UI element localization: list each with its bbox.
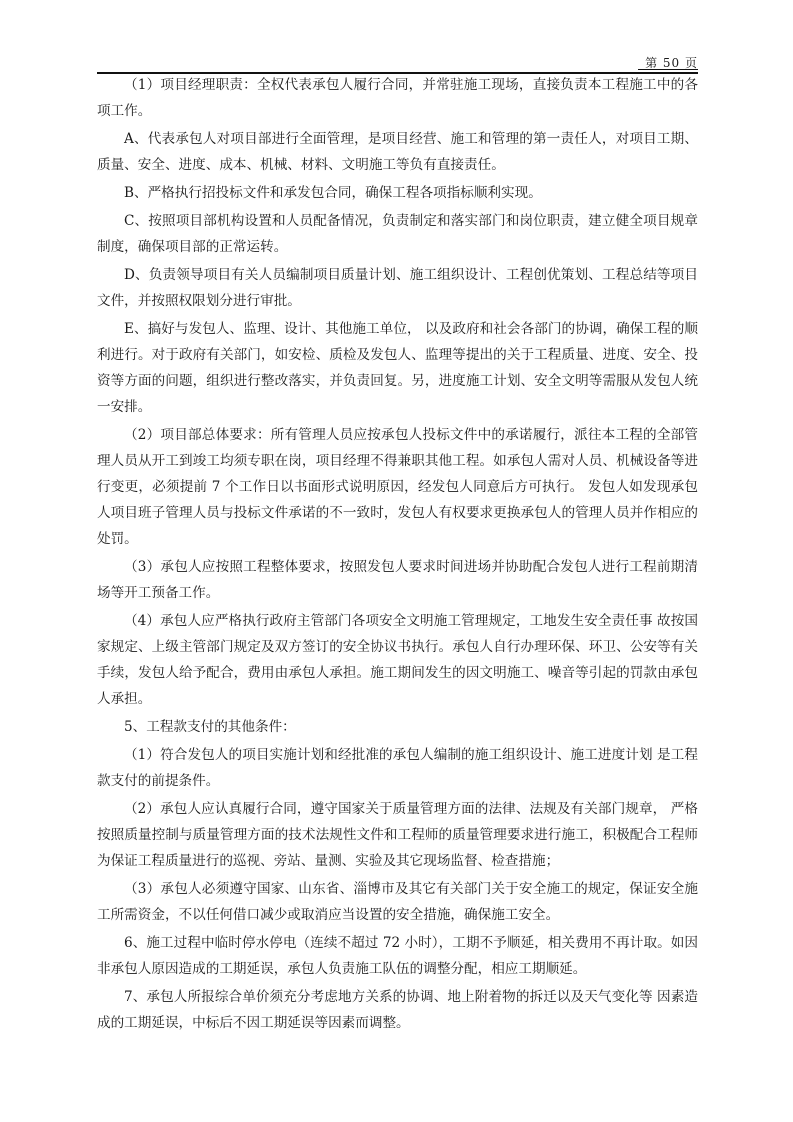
paragraph-payment-conditions-heading: 5、工程款支付的其他条件： [97,714,698,740]
paragraph-item-a: A、代表承包人对项目部进行全面管理，是项目经营、施工和管理的第一责任人，对项目工… [97,126,698,178]
paragraph-item-e: E、搞好与发包人、监理、设计、其他施工单位， 以及政府和社会各部门的协调，确保工… [97,316,698,420]
paragraph-item-d: D、负责领导项目有关人员编制项目质量计划、施工组织设计、工程创优策划、工程总结等… [97,262,698,314]
paragraph-project-requirements: （2）项目部总体要求：所有管理人员应按承包人投标文件中的承诺履行，派往本工程的全… [97,422,698,552]
paragraph-item-7: 7、承包人所报综合单价须充分考虑地方关系的协调、地上附着物的拆迁以及天气变化等 … [97,984,698,1036]
paragraph-payment-condition-3: （3）承包人必须遵守国家、山东省、淄博市及其它有关部门关于安全施工的规定，保证安… [97,876,698,928]
paragraph-pm-duties: （1）项目经理职责：全权代表承包人履行合同，并常驻施工现场，直接负责本工程施工中… [97,72,698,124]
paragraph-item-c: C、按照项目部机构设置和人员配备情况，负责制定和落实部门和岗位职责，建立健全项目… [97,208,698,260]
page-number-underline [638,69,698,70]
paragraph-payment-condition-1: （1）符合发包人的项目实施计划和经批准的承包人编制的施工组织设计、施工进度计划 … [97,742,698,794]
document-body: （1）项目经理职责：全权代表承包人履行合同，并常驻施工现场，直接负责本工程施工中… [97,72,698,1036]
paragraph-site-entry: （3）承包人应按照工程整体要求，按照发包人要求时间进场并协助配合发包人进行工程前… [97,554,698,606]
paragraph-item-6: 6、施工过程中临时停水停电（连续不超过 72 小时），工期不予顺延，相关费用不再… [97,930,698,982]
page-header: 第 50 页 [97,52,698,74]
paragraph-safety-rules: （4）承包人应严格执行政府主管部门各项安全文明施工管理规定，工地发生安全责任事 … [97,608,698,712]
paragraph-item-b: B、严格执行招投标文件和承发包合同，确保工程各项指标顺利实现。 [97,180,698,206]
paragraph-payment-condition-2: （2）承包人应认真履行合同，遵守国家关于质量管理方面的法律、法规及有关部门规章，… [97,796,698,874]
